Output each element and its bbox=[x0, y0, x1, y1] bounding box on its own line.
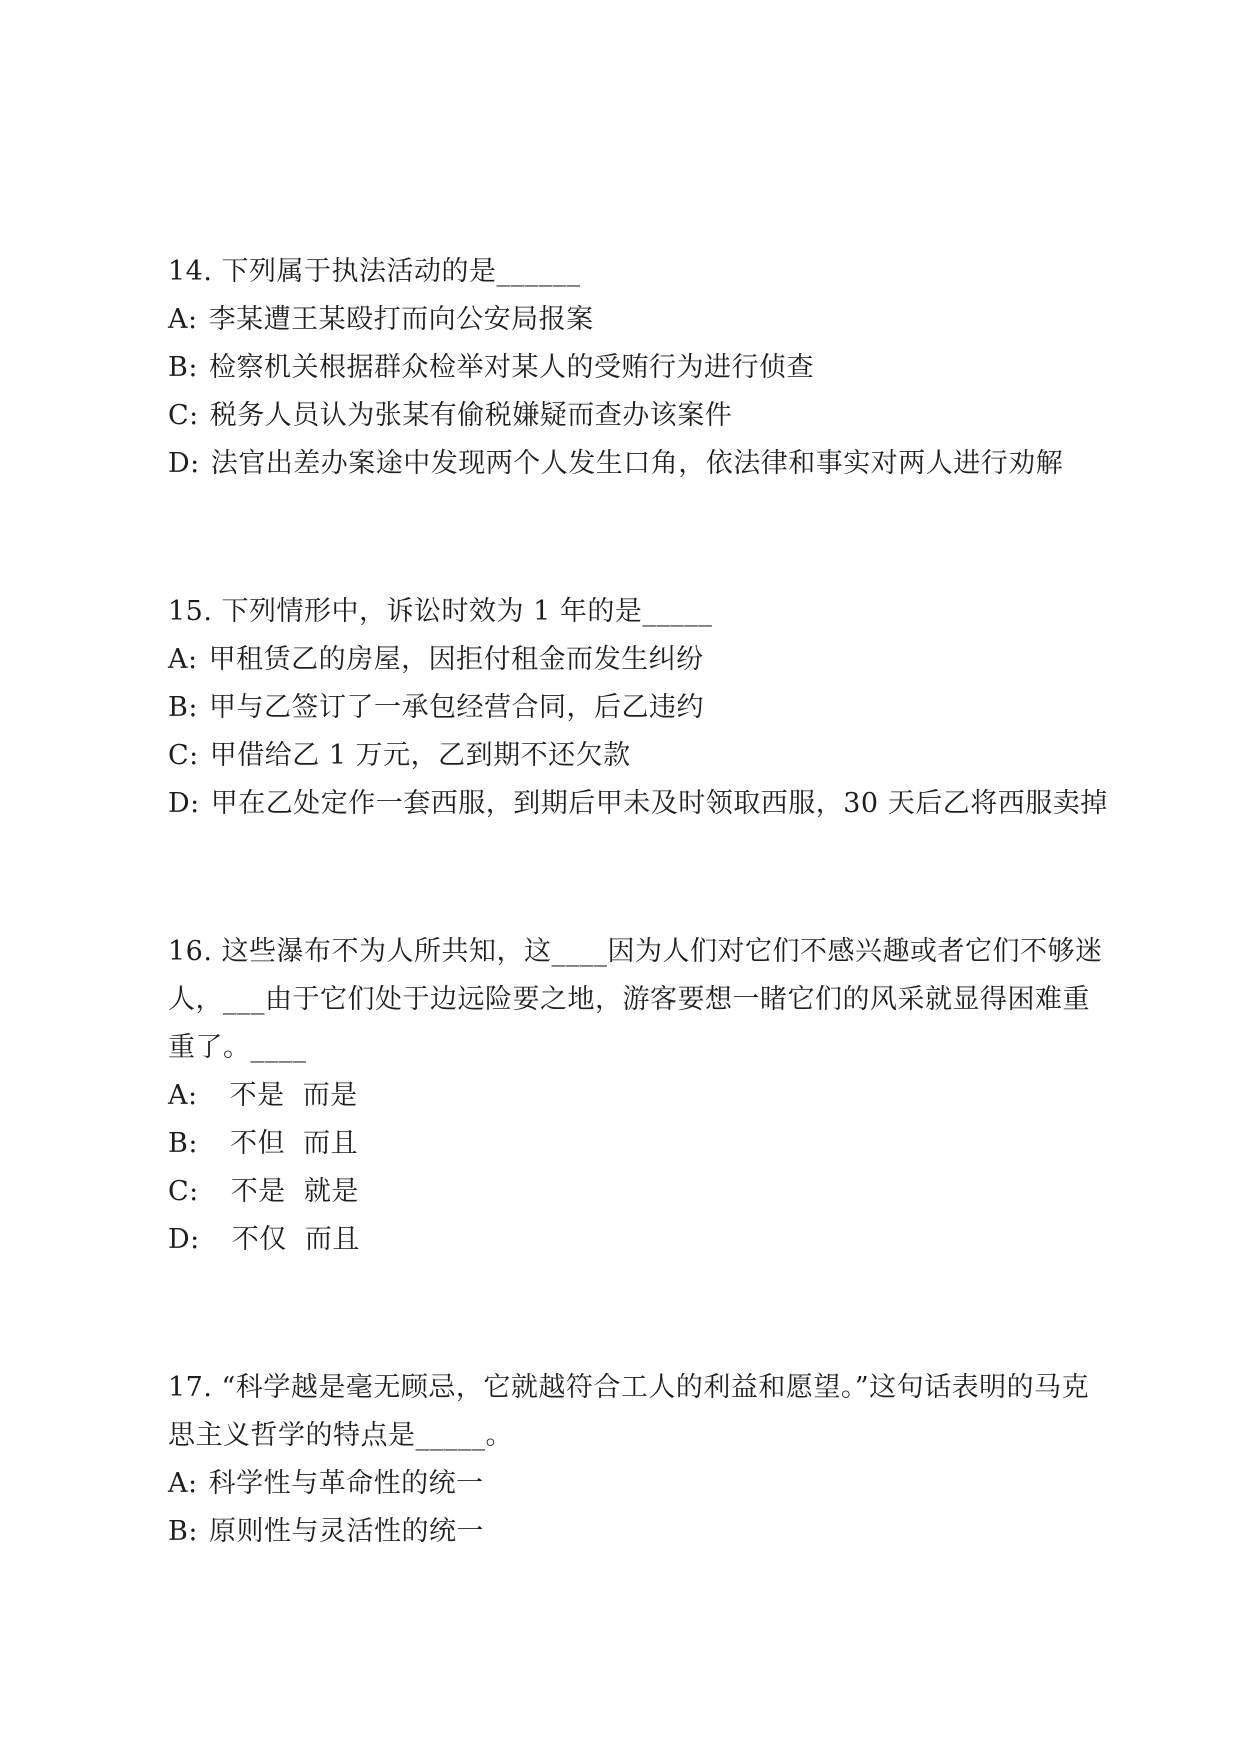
question-14-option-d: D: 法官出差办案途中发现两个人发生口角，依法律和事实对两人进行劝解 bbox=[168, 440, 1160, 488]
question-17-stem-line-1: 17. “科学越是毫无顾忌，它就越符合工人的利益和愿望。”这句话表明的马克 bbox=[168, 1364, 1160, 1412]
question-14-option-b: B: 检察机关根据群众检举对某人的受贿行为进行侦查 bbox=[168, 344, 1160, 392]
option-label: A: bbox=[168, 296, 198, 344]
question-15-option-a: A: 甲租赁乙的房屋，因拒付租金而发生纠纷 bbox=[168, 636, 1160, 684]
question-15-stem: 15. 下列情形中，诉讼时效为 1 年的是_____ bbox=[168, 588, 1160, 636]
option-label: B: bbox=[168, 1508, 198, 1556]
option-text: 甲借给乙 1 万元，乙到期不还欠款 bbox=[210, 732, 631, 780]
option-label: C: bbox=[168, 392, 199, 440]
question-16-option-b: B: 不但 而且 bbox=[168, 1120, 1160, 1168]
option-label: A: bbox=[168, 1072, 198, 1120]
option-label: C: bbox=[168, 1168, 199, 1216]
question-16-option-c: C: 不是 就是 bbox=[168, 1168, 1160, 1216]
question-14-option-c: C: 税务人员认为张某有偷税嫌疑而查办该案件 bbox=[168, 392, 1160, 440]
option-label: D: bbox=[168, 1216, 200, 1264]
option-text: 甲在乙处定作一套西服，到期后甲未及时领取西服，30 天后乙将西服卖掉 bbox=[211, 780, 1108, 828]
option-text: 法官出差办案途中发现两个人发生口角，依法律和事实对两人进行劝解 bbox=[211, 440, 1064, 488]
option-text: 李某遭王某殴打而向公安局报案 bbox=[209, 296, 594, 344]
option-label: A: bbox=[168, 1460, 198, 1508]
question-15-option-d: D: 甲在乙处定作一套西服，到期后甲未及时领取西服，30 天后乙将西服卖掉 bbox=[168, 780, 1160, 828]
question-16-option-d: D: 不仅 而且 bbox=[168, 1216, 1160, 1264]
option-text: 不但 而且 bbox=[230, 1120, 358, 1168]
option-text: 原则性与灵活性的统一 bbox=[209, 1508, 484, 1556]
option-label: D: bbox=[168, 780, 200, 828]
question-16-option-a: A: 不是 而是 bbox=[168, 1072, 1160, 1120]
option-text: 不是 就是 bbox=[231, 1168, 359, 1216]
option-label: B: bbox=[168, 344, 198, 392]
option-text: 不是 而是 bbox=[230, 1072, 358, 1120]
question-14-stem: 14. 下列属于执法活动的是______ bbox=[168, 248, 1160, 296]
question-15-option-b: B: 甲与乙签订了一承包经营合同，后乙违约 bbox=[168, 684, 1160, 732]
question-17-stem-line-2: 思主义哲学的特点是_____。 bbox=[168, 1412, 1160, 1460]
question-16-stem-line-1: 16. 这些瀑布不为人所共知，这____因为人们对它们不感兴趣或者它们不够迷 bbox=[168, 928, 1160, 976]
question-16: 16. 这些瀑布不为人所共知，这____因为人们对它们不感兴趣或者它们不够迷 人… bbox=[168, 928, 1160, 1264]
option-text: 科学性与革命性的统一 bbox=[209, 1460, 484, 1508]
question-14: 14. 下列属于执法活动的是______ A: 李某遭王某殴打而向公安局报案 B… bbox=[168, 248, 1160, 488]
option-text: 甲与乙签订了一承包经营合同，后乙违约 bbox=[209, 684, 704, 732]
option-label: C: bbox=[168, 732, 199, 780]
question-15: 15. 下列情形中，诉讼时效为 1 年的是_____ A: 甲租赁乙的房屋，因拒… bbox=[168, 588, 1160, 828]
option-label: A: bbox=[168, 636, 198, 684]
option-label: B: bbox=[168, 684, 198, 732]
option-text: 甲租赁乙的房屋，因拒付租金而发生纠纷 bbox=[209, 636, 704, 684]
question-15-option-c: C: 甲借给乙 1 万元，乙到期不还欠款 bbox=[168, 732, 1160, 780]
question-17: 17. “科学越是毫无顾忌，它就越符合工人的利益和愿望。”这句话表明的马克 思主… bbox=[168, 1364, 1160, 1556]
question-16-stem-line-2: 人，___由于它们处于边远险要之地，游客要想一睹它们的风采就显得困难重 bbox=[168, 976, 1160, 1024]
option-text: 税务人员认为张某有偷税嫌疑而查办该案件 bbox=[210, 392, 733, 440]
option-label: D: bbox=[168, 440, 200, 488]
question-14-option-a: A: 李某遭王某殴打而向公安局报案 bbox=[168, 296, 1160, 344]
option-label: B: bbox=[168, 1120, 198, 1168]
exam-page: 14. 下列属于执法活动的是______ A: 李某遭王某殴打而向公安局报案 B… bbox=[0, 0, 1240, 1753]
option-text: 检察机关根据群众检举对某人的受贿行为进行侦查 bbox=[209, 344, 814, 392]
question-17-option-b: B: 原则性与灵活性的统一 bbox=[168, 1508, 1160, 1556]
question-16-stem-line-3: 重了。____ bbox=[168, 1024, 1160, 1072]
question-17-option-a: A: 科学性与革命性的统一 bbox=[168, 1460, 1160, 1508]
option-text: 不仅 而且 bbox=[232, 1216, 360, 1264]
